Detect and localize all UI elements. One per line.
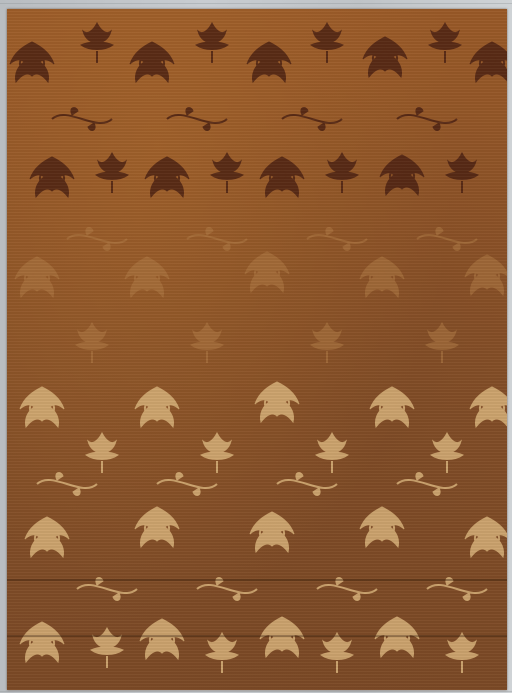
- floral-pattern: [7, 9, 507, 690]
- rug-fold-line: [7, 579, 507, 581]
- gold-motifs-lower: [20, 382, 507, 673]
- rug: [7, 9, 507, 690]
- transition-motifs-middle: [15, 228, 507, 363]
- dark-motifs-top: [10, 23, 507, 197]
- floor-plank-line: [0, 691, 512, 692]
- rug-fold-line: [7, 635, 507, 637]
- floor-plank-line: [0, 3, 512, 4]
